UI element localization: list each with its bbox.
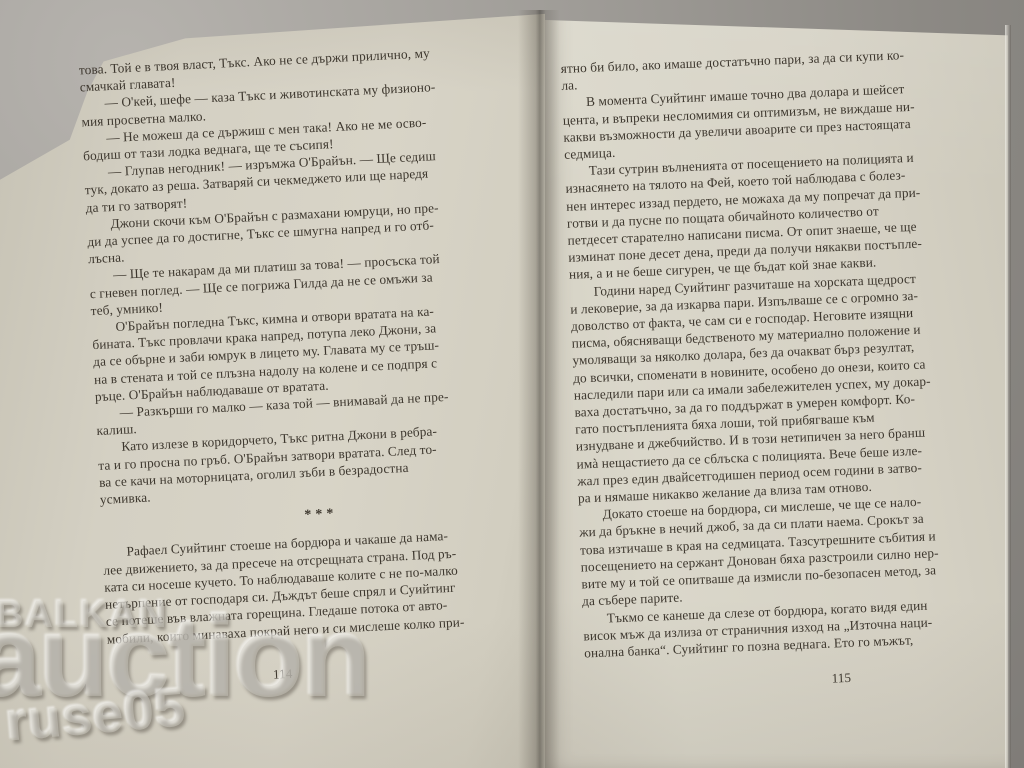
page-115-text: ятно би било, ако имаше достатъчно пари,… [560, 42, 1024, 697]
book-photo: това. Той е в твоя власт, Тъкс. Ако не с… [0, 0, 1024, 768]
paragraph: Години наред Суийтинг разчиташе на хорск… [569, 265, 1024, 506]
paragraph: Тази сутрин вълненията от посещението на… [565, 145, 1017, 283]
page-114-text: това. Той е в твоя власт, Тъкс. Ако не с… [79, 40, 549, 691]
paragraph: Рафаел Суийтинг стоеше на бордюра и чака… [102, 523, 547, 648]
paragraph: Докато стоеше на бордюра, си мислеше, че… [578, 489, 1024, 610]
